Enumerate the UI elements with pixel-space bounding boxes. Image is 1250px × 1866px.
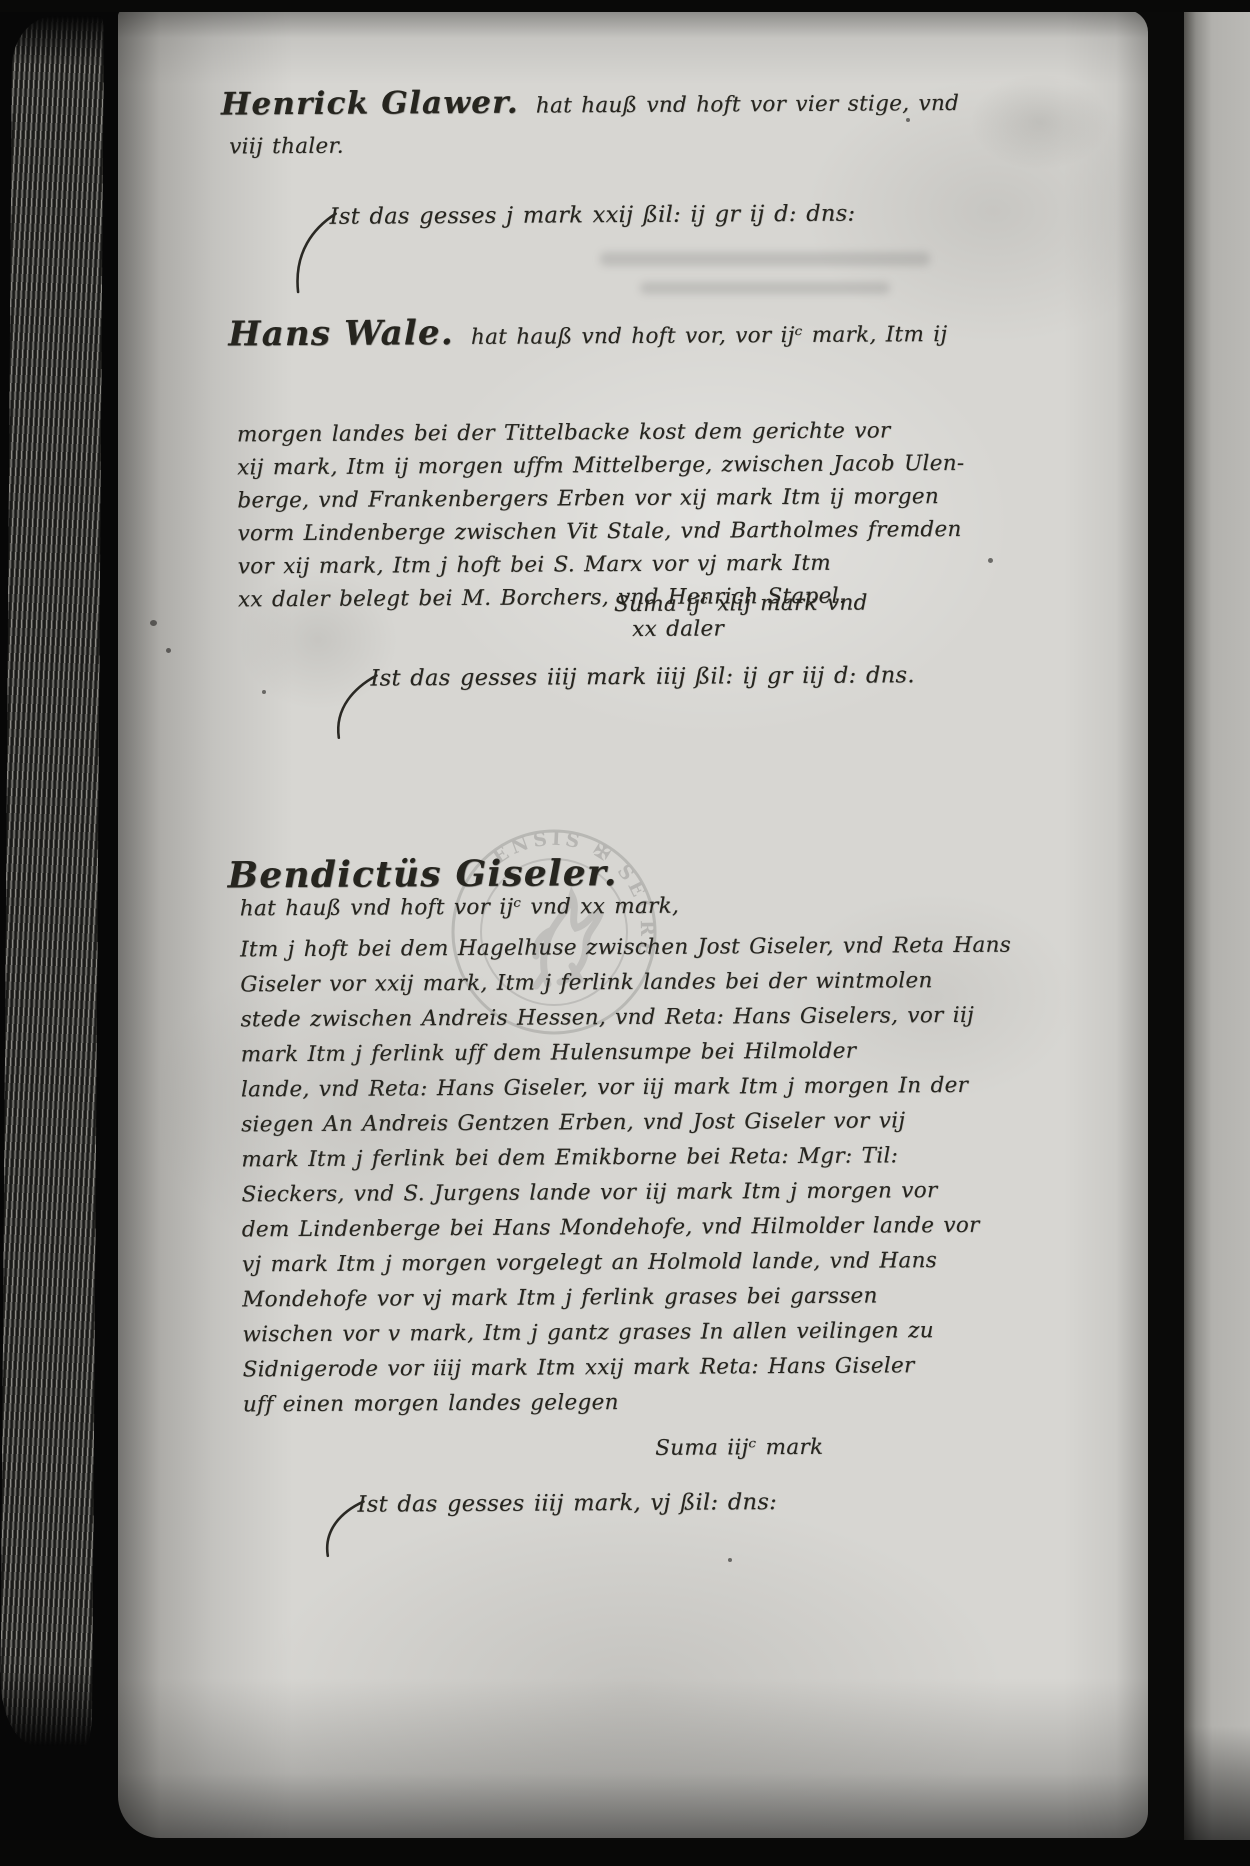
entry-name: Henrick Glawer. [221,85,519,123]
entry-heading-text: hat hauß vnd hoft vor ijᶜ vnd xx mark, [240,894,679,922]
manuscript-line: Sieckers, vnd S. Jurgens lande vor iij m… [241,1173,961,1212]
entry-name: Bendictüs Giseler. [228,852,618,896]
manuscript-line: xij mark, Itm ij morgen uffm Mittelberge… [237,447,953,484]
photo-bottom-edge [0,1840,1250,1866]
summa-block: Suma ijᶜ xlij mark vnd xx daler [614,591,868,643]
entry-heading-text: hat hauß vnd hoft vor vier stige, vnd [536,91,959,119]
manuscript-line: Mondehofe vor vj mark Itm j ferlink gras… [242,1278,962,1317]
manuscript-line: Giseler vor xxij mark, Itm j ferlink lan… [240,963,960,1002]
entry-body: morgen landes bei der Tittelbacke kost d… [237,414,954,616]
tax-line-text: Ist das gesses iiij mark, vj ßil: dns: [357,1489,777,1518]
entry-heading: Henrick Glawer. hat hauß vnd hoft vor vi… [221,82,961,123]
entry-heading: Hans Wale. hat hauß vnd hoft vor, vor ij… [228,310,988,355]
manuscript-line: dem Lindenberge bei Hans Mondehofe, vnd … [242,1208,962,1247]
summa-line: Suma ijᶜ xlij mark vnd [614,591,868,618]
entry-heading-text: hat hauß vnd hoft vor, vor ijᶜ mark, Itm… [471,322,948,350]
manuscript-line: viij thaler. [229,134,344,160]
adjacent-page-edge [1184,0,1250,1866]
tax-line: Ist das gesses j mark xxij ßil: ij gr ij… [330,201,856,230]
manuscript-line: mark Itm j ferlink uff dem Hulensumpe be… [241,1033,961,1072]
summa-line: Suma iijᶜ mark [655,1435,823,1461]
manuscript-line: lande, vnd Reta: Hans Giseler, vor iij m… [241,1068,961,1107]
manuscript-line: vorm Lindenberge zwischen Vit Stale, vnd… [237,513,953,550]
tax-line-text: Ist das gesses iiij mark iiij ßil: ij gr… [370,662,914,691]
manuscript-line: Sidnigerode vor iiij mark Itm xxij mark … [243,1348,963,1387]
manuscript-line: vj mark Itm j morgen vorgelegt an Holmol… [242,1243,962,1282]
handwritten-content: Henrick Glawer. hat hauß vnd hoft vor vi… [0,0,1250,1866]
manuscript-line: siegen An Andreis Gentzen Erben, vnd Jos… [241,1103,961,1142]
entry-name: Hans Wale. [228,313,454,354]
tax-line-text: Ist das gesses j mark xxij ßil: ij gr ij… [330,201,856,230]
flourish-icon [324,669,380,741]
tax-line: Ist das gesses iiij mark iiij ßil: ij gr… [370,662,914,691]
manuscript-line: berge, vnd Frankenbergers Erben vor xij … [237,480,953,517]
entry-body: Itm j hoft bei dem Hagelhuse zwischen Jo… [240,928,963,1422]
flourish-icon [284,208,341,296]
entry-heading: Bendictüs Giseler. hat hauß vnd hoft vor… [228,850,1008,922]
summa-line: xx daler [632,616,868,642]
summa-block: Suma iijᶜ mark [655,1435,823,1461]
manuscript-line: stede zwischen Andreis Hessen, vnd Reta:… [240,998,960,1037]
manuscript-line: uff einen morgen landes gelegen [243,1383,963,1422]
manuscript-line: morgen landes bei der Tittelbacke kost d… [237,414,953,451]
manuscript-photo: ENSIS ✠ SECRE Henrick Glawer. hat hauß v… [0,0,1250,1866]
tax-line: Ist das gesses iiij mark, vj ßil: dns: [357,1489,777,1518]
flourish-icon [311,1496,367,1560]
manuscript-line: vor xij mark, Itm j hoft bei S. Marx vor… [238,546,954,583]
manuscript-line: mark Itm j ferlink bei dem Emikborne bei… [241,1138,961,1177]
photo-top-edge [0,0,1250,12]
manuscript-line: Itm j hoft bei dem Hagelhuse zwischen Jo… [240,928,960,967]
manuscript-line: wischen vor v mark, Itm j gantz grases I… [242,1313,962,1352]
